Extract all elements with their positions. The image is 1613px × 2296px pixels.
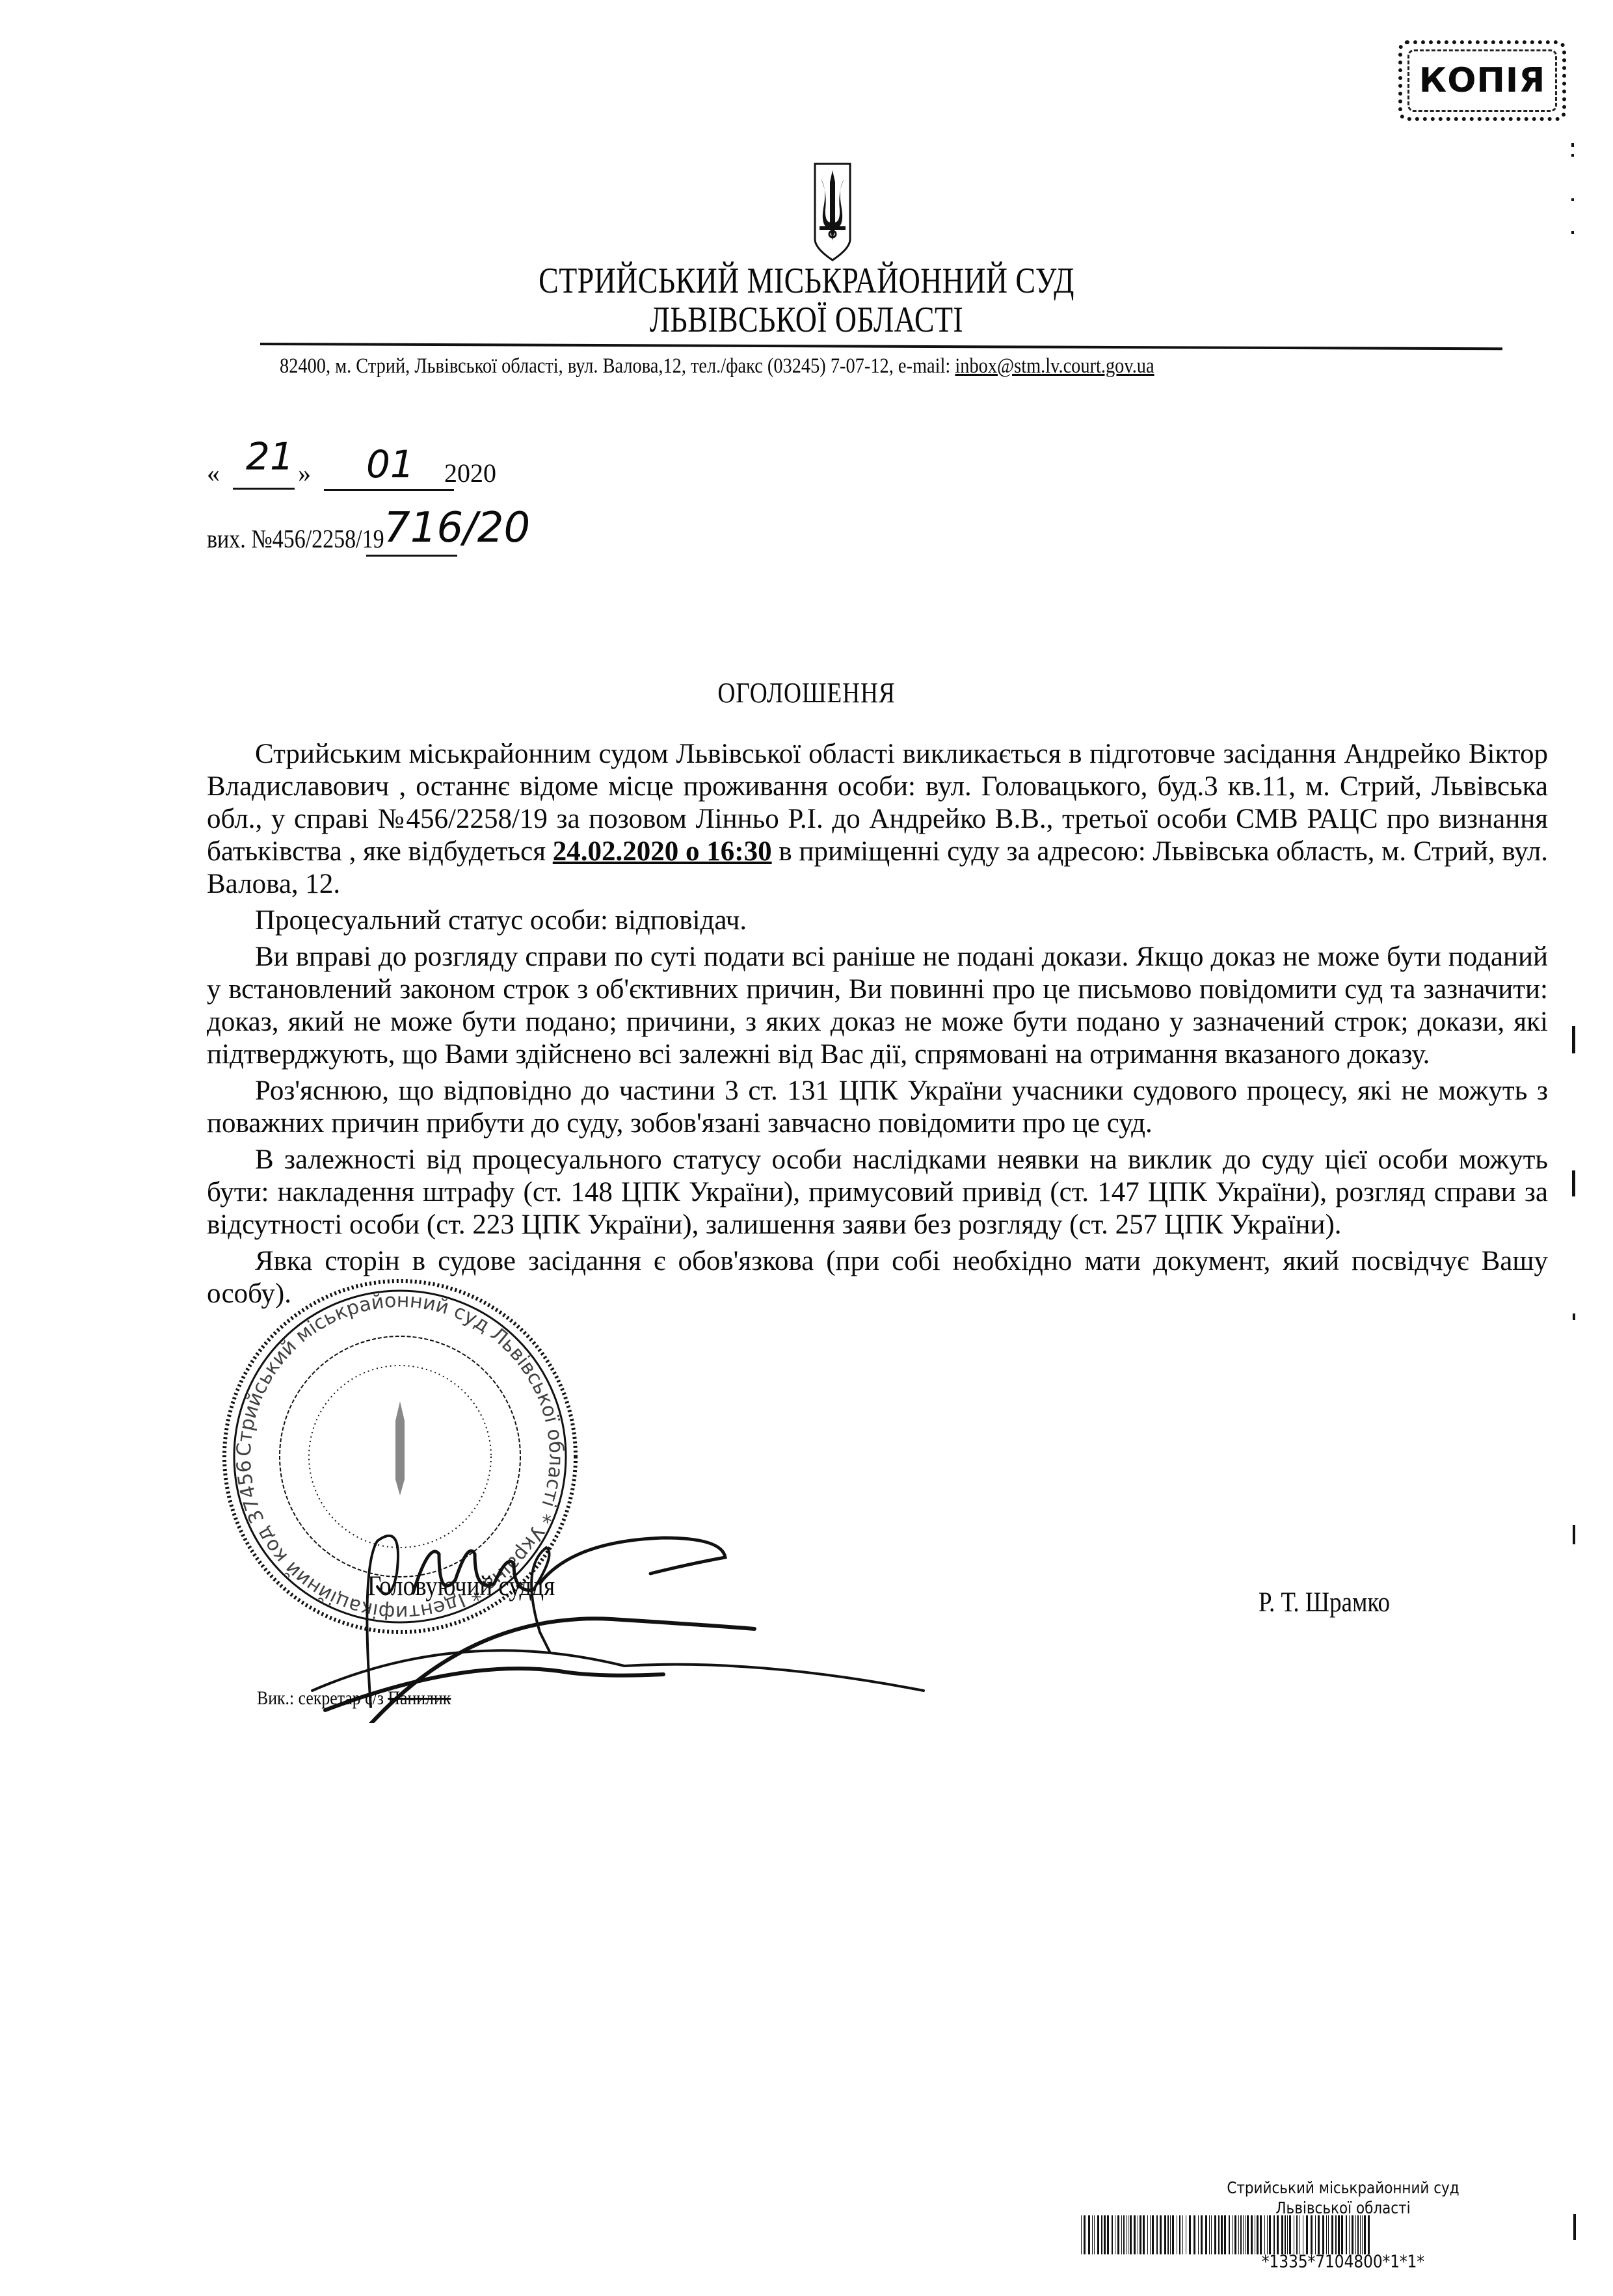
court-name-line1: СТРИЙСЬКИЙ МІСЬКРАЙОННИЙ СУД <box>145 260 1468 302</box>
hearing-datetime: 24.02.2020 о 16:30 <box>553 836 772 867</box>
barcode-court-line1: Стрийський міськрайонний суд <box>1111 2178 1575 2197</box>
scan-artifact <box>1573 2214 1576 2240</box>
court-name-line2: ЛЬВІВСЬКОЇ ОБЛАСТІ <box>145 299 1468 341</box>
scan-artifact <box>1571 198 1574 201</box>
outgoing-number-handwritten: 716/20 <box>384 504 530 552</box>
scan-artifact <box>1572 1026 1575 1053</box>
executor-label: Вик.: секретар с/з <box>257 1687 388 1709</box>
barcode-icon <box>1080 2215 1372 2254</box>
executor-line: Вик.: секретар с/з Панилик <box>257 1687 451 1709</box>
outgoing-number: вих. №456/2258/19 <box>207 523 384 554</box>
ukraine-trident-icon <box>813 163 852 261</box>
court-contact-line: 82400, м. Стрий, Львівської області, вул… <box>280 354 1154 378</box>
copy-stamp-label: КОПІЯ <box>1419 61 1546 100</box>
date-day-underline <box>233 488 295 490</box>
paragraph-summons: Стрийським міськрайонним судом Львівсько… <box>207 738 1548 901</box>
document-title: ОГОЛОШЕННЯ <box>121 676 1492 709</box>
scan-artifact <box>1573 1525 1575 1544</box>
barcode-number: *1335*7104800*1*1* <box>1111 2252 1575 2272</box>
paragraph-consequences: В залежності від процесуального статусу … <box>207 1144 1548 1241</box>
scan-artifact <box>1571 231 1574 234</box>
scan-artifact <box>1571 143 1574 147</box>
copy-stamp: КОПІЯ <box>1398 40 1566 121</box>
scan-artifact <box>1573 1313 1575 1320</box>
date-month-handwritten: 01 <box>366 442 414 486</box>
outgoing-number-underline <box>366 555 457 557</box>
date-quote-close: » <box>298 458 311 488</box>
date-year: 2020 <box>444 458 496 488</box>
paragraph-procedural-status: Процесуальний статус особи: відповідач. <box>207 904 1548 937</box>
paragraph-notification-duty: Роз'яснюю, що відповідно до частини 3 ст… <box>207 1075 1548 1140</box>
outgoing-number-printed: вих. №456/2258/19 <box>207 524 384 553</box>
executor-name: Панилик <box>388 1687 451 1709</box>
scan-artifact <box>1572 1170 1575 1196</box>
header-divider <box>260 343 1502 350</box>
scan-artifact <box>1571 154 1574 157</box>
paragraph-evidence: Ви вправі до розгляду справи по суті под… <box>207 941 1548 1071</box>
document-body: Стрийським міськрайонним судом Львівсько… <box>207 738 1548 1314</box>
date-quote-open: « <box>207 458 220 488</box>
date-day-handwritten: 21 <box>246 434 294 479</box>
court-address: 82400, м. Стрий, Львівської області, вул… <box>280 354 955 378</box>
date-month-underline <box>324 489 454 491</box>
barcode-court-line2: Львівської області <box>1111 2198 1575 2217</box>
signatory-name: Р. Т. Шрамко <box>1259 1587 1390 1618</box>
court-email-link[interactable]: inbox@stm.lv.court.gov.ua <box>955 354 1154 378</box>
